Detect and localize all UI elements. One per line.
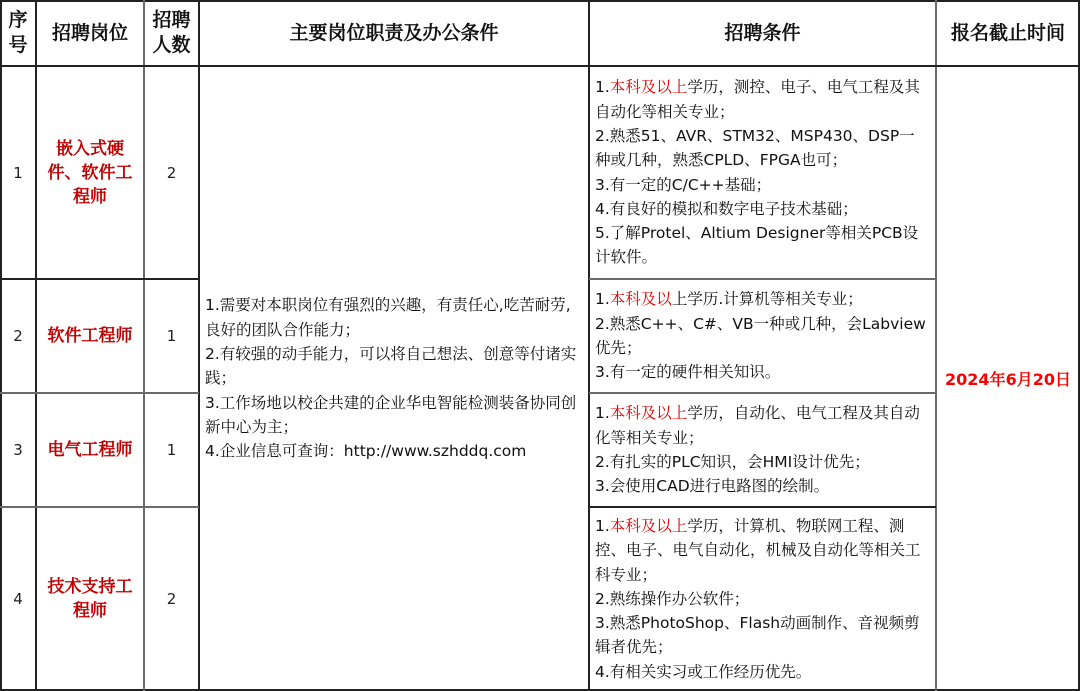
row-3-requirements: 1.本科及以上学历，自动化、电气工程及其自动化等相关专业； 2.有扎实的PLC知…: [589, 393, 936, 507]
req-highlight: 本科及以: [610, 290, 672, 308]
requirement-item: 4.有相关实习或工作经历优先。: [595, 660, 930, 684]
duty-item: 1.需要对本职岗位有强烈的兴趣，有责任心,吃苦耐劳,良好的团队合作能力；: [205, 293, 583, 342]
row-4-count: 2: [144, 507, 199, 691]
deadline-value: 2024年6月20日: [936, 66, 1080, 691]
row-divider: [0, 506, 199, 508]
requirement-item: 4.有良好的模拟和数字电子技术基础；: [595, 197, 930, 221]
duty-item: 4.企业信息可查询：http://www.szhddq.com: [205, 439, 583, 463]
header-count-line2: 人数: [152, 33, 190, 58]
row-1-position: 嵌入式硬件、软件工程师: [36, 66, 144, 279]
header-deadline: 报名截止时间: [936, 0, 1080, 66]
header-requirements: 招聘条件: [589, 0, 936, 66]
header-count-line1: 招聘: [152, 8, 190, 33]
row-divider: [589, 392, 936, 394]
row-1-index: 1: [0, 66, 36, 279]
header-duties: 主要岗位职责及办公条件: [199, 0, 589, 66]
row-divider: [0, 392, 199, 394]
row-divider: [0, 278, 199, 280]
requirement-item: 1.本科及以上学历.计算机等相关专业；: [595, 287, 930, 311]
requirement-item: 3.有一定的C/C++基础；: [595, 173, 930, 197]
col-divider: [588, 0, 590, 691]
row-4-index: 4: [0, 507, 36, 691]
row-2-index: 2: [0, 279, 36, 393]
border-left: [0, 0, 2, 691]
req-prefix: 1.: [595, 404, 610, 422]
req-text: 上学历.计算机等相关专业；: [672, 290, 863, 308]
requirement-item: 5.了解Protel、Altium Designer等相关PCB设计软件。: [595, 221, 930, 270]
header-index: 序号: [0, 0, 36, 66]
duty-item: 2.有较强的动手能力，可以将自己想法、创意等付诸实践；: [205, 342, 583, 391]
requirement-item: 2.熟悉51、AVR、STM32、MSP430、DSP一种或几种，熟悉CPLD、…: [595, 124, 930, 173]
row-2-count: 1: [144, 279, 199, 393]
row-4-requirements: 1.本科及以上学历，计算机、物联网工程、测控、电子、电气自动化，机械及自动化等相…: [589, 507, 936, 691]
requirement-item: 1.本科及以上学历，测控、电子、电气工程及其自动化等相关专业；: [595, 75, 930, 124]
req-prefix: 1.: [595, 290, 610, 308]
requirement-item: 2.熟练操作办公软件；: [595, 587, 930, 611]
row-3-index: 3: [0, 393, 36, 507]
header-count: 招聘人数: [144, 0, 199, 66]
header-position: 招聘岗位: [36, 0, 144, 66]
header-index-line1: 序: [8, 8, 27, 33]
requirement-item: 3.有一定的硬件相关知识。: [595, 360, 930, 384]
req-highlight: 本科及以上: [610, 404, 688, 422]
requirement-item: 2.熟悉C++、C#、VB一种或几种，会Labview优先；: [595, 312, 930, 361]
row-3-count: 1: [144, 393, 199, 507]
req-prefix: 1.: [595, 78, 610, 96]
requirement-item: 1.本科及以上学历，自动化、电气工程及其自动化等相关专业；: [595, 401, 930, 450]
header-divider: [0, 65, 1080, 67]
row-2-position: 软件工程师: [36, 279, 144, 393]
row-divider: [589, 506, 936, 508]
col-divider: [35, 0, 37, 691]
row-4-position: 技术支持工程师: [36, 507, 144, 691]
req-highlight: 本科及以上: [610, 78, 688, 96]
row-3-position: 电气工程师: [36, 393, 144, 507]
req-highlight: 本科及以上: [610, 517, 688, 535]
requirement-item: 3.会使用CAD进行电路图的绘制。: [595, 474, 930, 498]
recruitment-table: 序号 招聘岗位 招聘人数 主要岗位职责及办公条件 招聘条件 报名截止时间 1 嵌…: [0, 0, 1080, 691]
col-divider: [198, 0, 200, 691]
header-index-line2: 号: [8, 33, 27, 58]
shared-duties: 1.需要对本职岗位有强烈的兴趣，有责任心,吃苦耐劳,良好的团队合作能力； 2.有…: [199, 66, 589, 691]
requirement-item: 3.熟悉PhotoShop、Flash动画制作、音视频剪辑者优先；: [595, 611, 930, 660]
row-2-requirements: 1.本科及以上学历.计算机等相关专业； 2.熟悉C++、C#、VB一种或几种，会…: [589, 279, 936, 393]
req-prefix: 1.: [595, 517, 610, 535]
requirement-item: 2.有扎实的PLC知识，会HMI设计优先；: [595, 450, 930, 474]
duty-item: 3.工作场地以校企共建的企业华电智能检测装备协同创新中心为主；: [205, 391, 583, 440]
col-divider: [143, 0, 145, 691]
row-1-requirements: 1.本科及以上学历，测控、电子、电气工程及其自动化等相关专业； 2.熟悉51、A…: [589, 66, 936, 279]
border-top: [0, 0, 1080, 2]
requirement-item: 1.本科及以上学历，计算机、物联网工程、测控、电子、电气自动化，机械及自动化等相…: [595, 514, 930, 587]
col-divider: [935, 0, 937, 691]
row-divider: [589, 278, 936, 280]
row-1-count: 2: [144, 66, 199, 279]
